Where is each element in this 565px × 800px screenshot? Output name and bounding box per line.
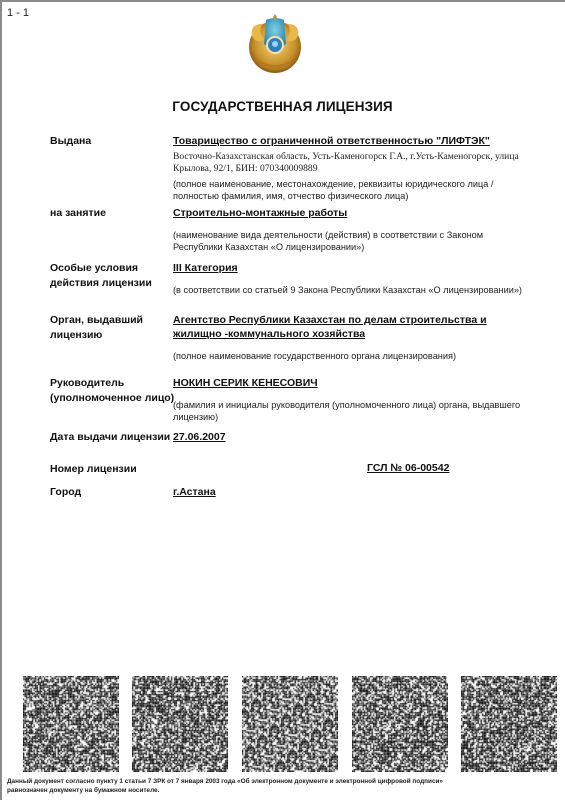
activity-value: Строительно-монтажные работы xyxy=(173,206,523,220)
state-emblem-icon xyxy=(244,14,306,76)
authority-value: Агентство Республики Казахстан по делам … xyxy=(173,313,533,341)
page-number: 1 - 1 xyxy=(7,7,29,19)
issued-to-hint: (полное наименование, местонахождение, р… xyxy=(173,178,523,202)
activity-hint: (наименование вида деятельности (действи… xyxy=(173,229,523,253)
2d-barcode-5 xyxy=(461,676,557,772)
2d-barcode-1 xyxy=(23,676,119,772)
page-border-top xyxy=(0,0,565,2)
authority-label: Орган, выдавший лицензию xyxy=(50,313,170,343)
conditions-value: III Категория xyxy=(173,261,523,275)
head-hint: (фамилия и инициалы руководителя (уполно… xyxy=(173,399,523,423)
issue-date-value: 27.06.2007 xyxy=(173,430,523,444)
issued-to-label: Выдана xyxy=(50,134,170,149)
issued-to-value: Товарищество с ограниченной ответственно… xyxy=(173,134,523,148)
2d-barcode-3 xyxy=(242,676,338,772)
2d-barcode-4 xyxy=(352,676,448,772)
city-label: Город xyxy=(50,485,170,500)
head-value: НОКИН СЕРИК КЕНЕСОВИЧ xyxy=(173,376,523,390)
issue-date-label: Дата выдачи лицензии xyxy=(50,430,175,445)
authority-hint: (полное наименование государственного ор… xyxy=(173,350,533,362)
footer-legal-note: Данный документ согласно пункту 1 статьи… xyxy=(7,778,447,795)
conditions-label: Особые условия действия лицензии xyxy=(50,261,170,291)
license-number-value: ГСЛ № 06-00542 xyxy=(367,462,449,474)
page-border-left xyxy=(0,0,2,800)
license-number-label: Номер лицензии xyxy=(50,462,175,477)
activity-label: на занятие xyxy=(50,206,170,221)
head-label: Руководитель (уполномоченное лицо) xyxy=(50,376,175,406)
issued-to-address: Восточно-Казахстанская область, Усть-Кам… xyxy=(173,151,523,175)
2d-barcode-2 xyxy=(132,676,228,772)
city-value: г.Астана xyxy=(173,485,523,499)
document-title: ГОСУДАРСТВЕННАЯ ЛИЦЕНЗИЯ xyxy=(0,99,565,114)
conditions-hint: (в соответствии со статьей 9 Закона Респ… xyxy=(173,284,523,296)
